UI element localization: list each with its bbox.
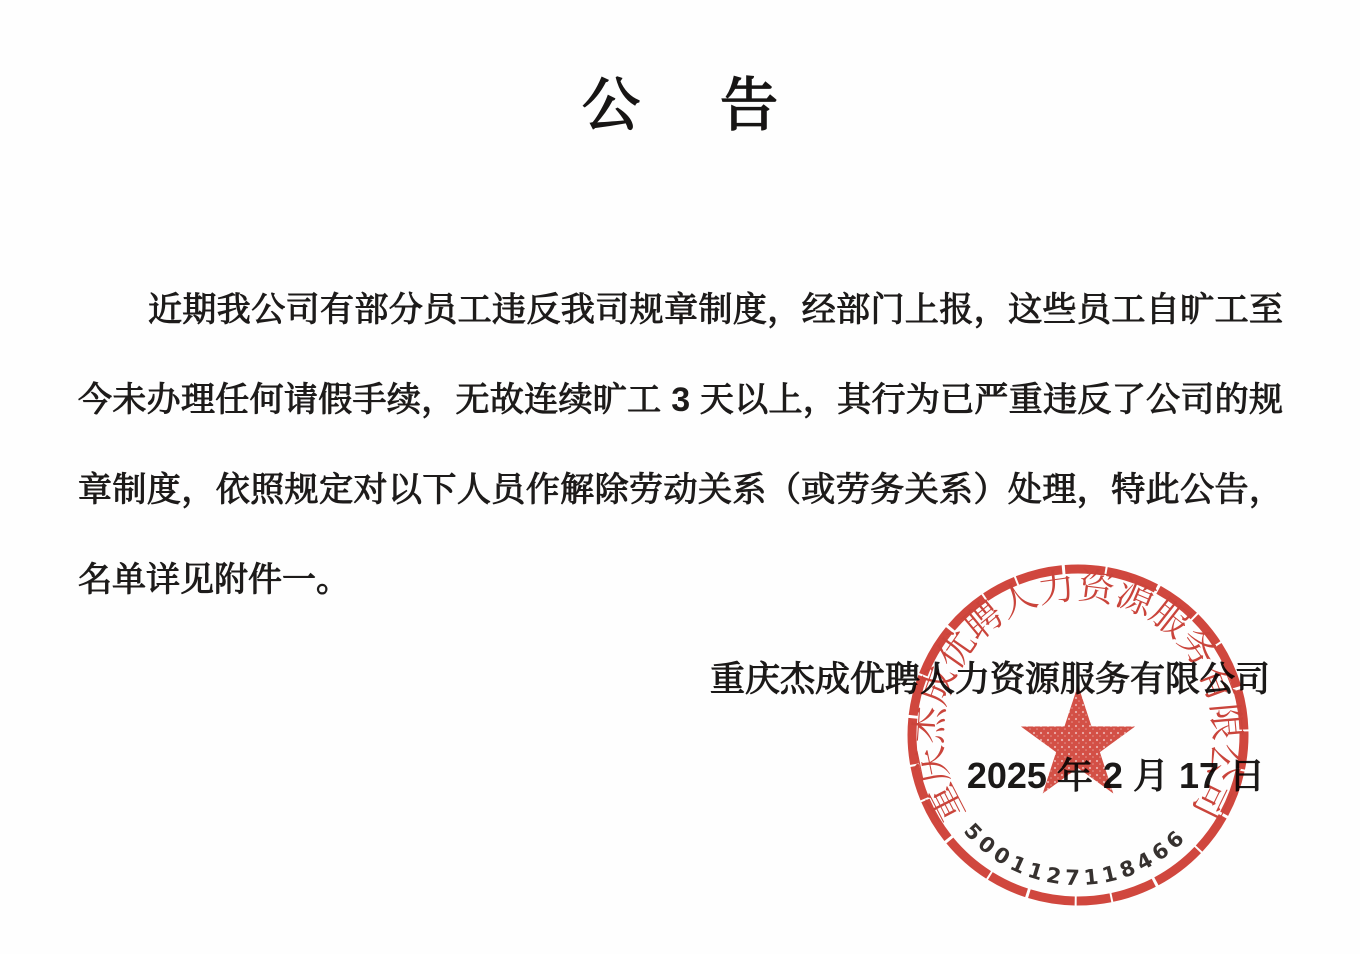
body-line-4: 名单详见附件一。 [78, 535, 1283, 625]
body-line-3: 章制度，依照规定对以下人员作解除劳动关系（或劳务关系）处理，特此公告， [78, 445, 1283, 535]
body-line-1: 近期我公司有部分员工违反我司规章制度，经部门上报，这些员工自旷工至 [78, 265, 1283, 355]
signature-company-name: 重庆杰成优聘人力资源服务有限公司 [710, 650, 1270, 710]
announcement-body: 近期我公司有部分员工违反我司规章制度，经部门上报，这些员工自旷工至 今未办理任何… [78, 265, 1283, 625]
signature-date: 2025 年 2 月 17 日 [967, 745, 1265, 807]
announcement-title: 公 告 [0, 58, 1360, 142]
seal-serial-number: 5001127118466 [959, 819, 1190, 891]
body-line-2: 今未办理任何请假手续，无故连续旷工 3 天以上，其行为已严重违反了公司的规 [78, 355, 1283, 445]
announcement-document: 公 告 近期我公司有部分员工违反我司规章制度，经部门上报，这些员工自旷工至 今未… [0, 0, 1360, 954]
